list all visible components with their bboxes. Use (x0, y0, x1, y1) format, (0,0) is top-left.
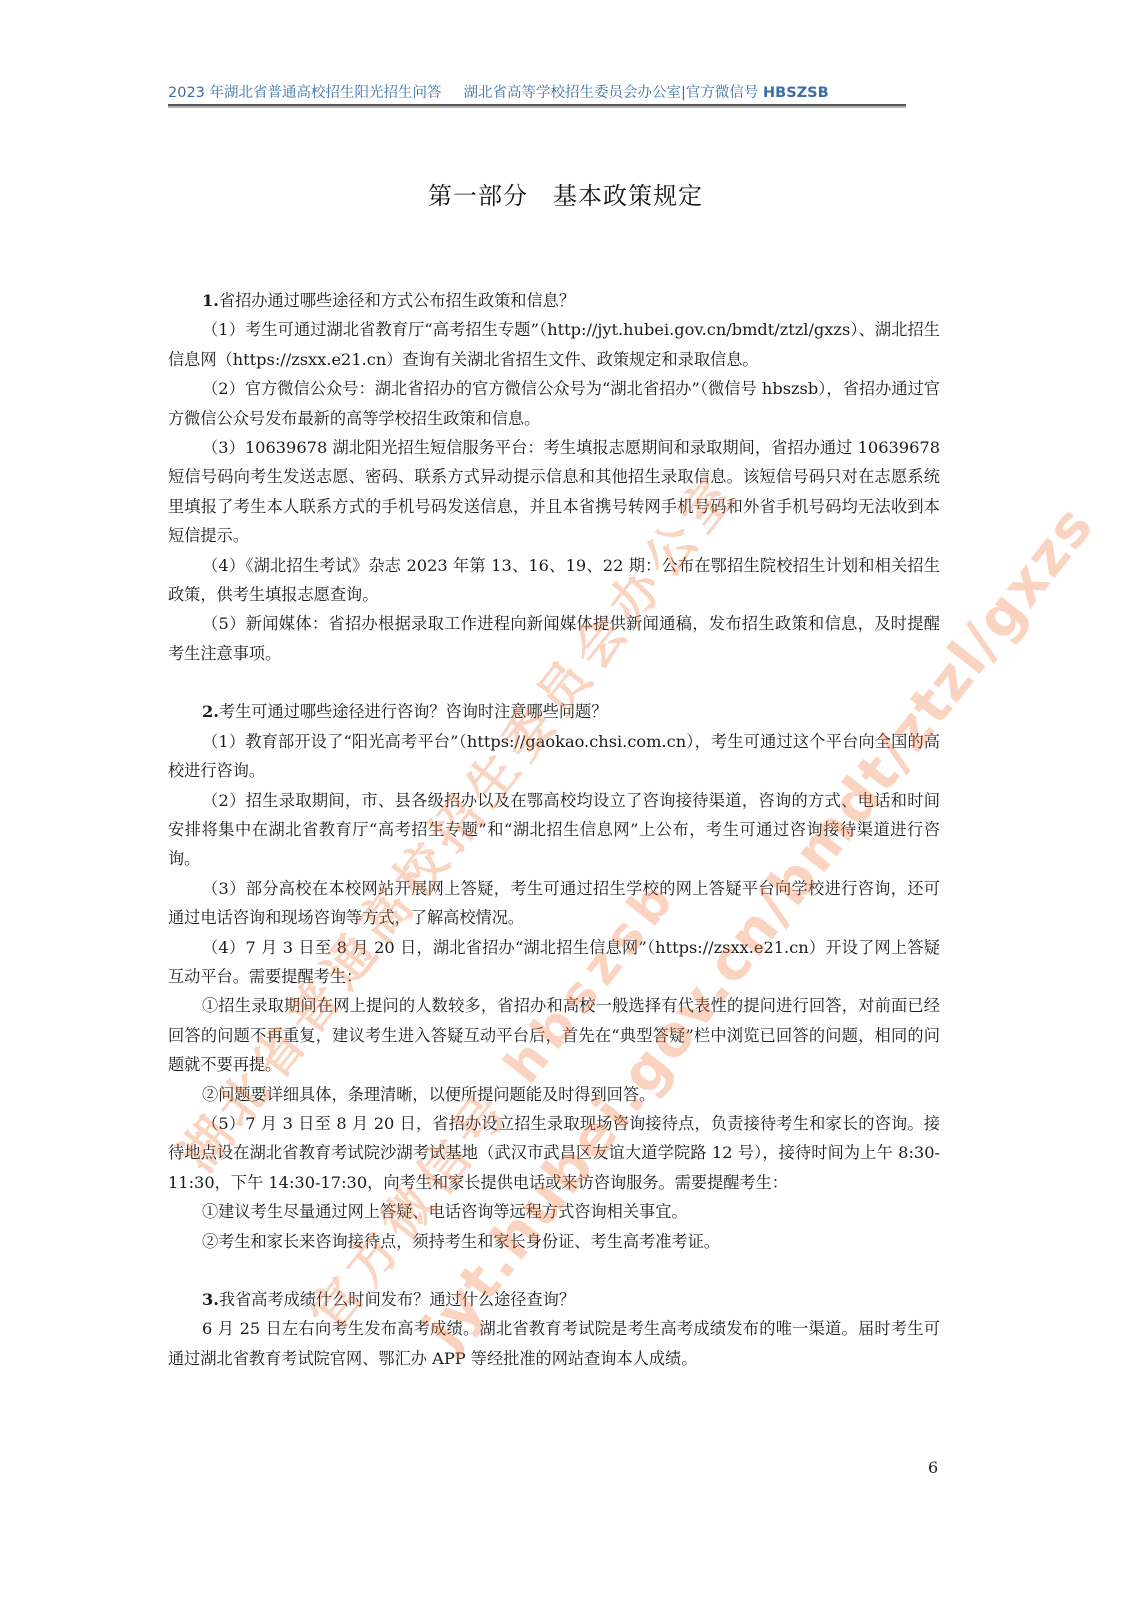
question-number: 3. (202, 1290, 219, 1309)
answer-paragraph: （5）新闻媒体：省招办根据录取工作进程向新闻媒体提供新闻通稿，发布招生政策和信息… (168, 609, 940, 668)
answer-paragraph: （2）招生录取期间，市、县各级招办以及在鄂高校均设立了咨询接待渠道，咨询的方式、… (168, 786, 940, 874)
answer-paragraph: 6 月 25 日左右向考生发布高考成绩。湖北省教育考试院是考生高考成绩发布的唯一… (168, 1314, 940, 1373)
question-number: 2. (202, 702, 219, 721)
answer-paragraph: （1）考生可通过湖北省教育厅“高考招生专题”（http://jyt.hubei.… (168, 315, 940, 374)
answer-paragraph: （3）部分高校在本校网站开展网上答疑，考生可通过招生学校的网上答疑平台向学校进行… (168, 874, 940, 933)
question-heading: 3.我省高考成绩什么时间发布？通过什么途径查询？ (168, 1285, 940, 1314)
part-title: 第一部分 基本政策规定 (0, 176, 1131, 211)
qa-section-3: 3.我省高考成绩什么时间发布？通过什么途径查询？ 6 月 25 日左右向考生发布… (168, 1285, 940, 1373)
answer-paragraph: （1）教育部开设了“阳光高考平台”（https://gaokao.chsi.co… (168, 727, 940, 786)
question-heading: 2.考生可通过哪些途径进行咨询？咨询时注意哪些问题？ (168, 697, 940, 726)
answer-paragraph: （4）《湖北招生考试》杂志 2023 年第 13、16、19、22 期：公布在鄂… (168, 551, 940, 610)
qa-section-1: 1.省招办通过哪些途径和方式公布招生政策和信息？ （1）考生可通过湖北省教育厅“… (168, 286, 940, 668)
header-office-label: 湖北省高等学校招生委员会办公室|官方微信号 (464, 85, 764, 101)
answer-note: ①招生录取期间在网上提问的人数较多，省招办和高校一般选择有代表性的提问进行回答，… (168, 991, 940, 1079)
answer-paragraph: （2）官方微信公众号：湖北省招办的官方微信公众号为“湖北省招办”（微信号 hbs… (168, 374, 940, 433)
answer-paragraph: （3）10639678 湖北阳光招生短信服务平台：考生填报志愿期间和录取期间，省… (168, 433, 940, 551)
page-number: 6 (928, 1458, 938, 1477)
header-office-name: 湖北省高等学校招生委员会办公室|官方微信号 HBSZSB (464, 81, 829, 102)
qa-section-2: 2.考生可通过哪些途径进行咨询？咨询时注意哪些问题？ （1）教育部开设了“阳光高… (168, 697, 940, 1256)
header-document-title: 2023 年湖北省普通高校招生阳光招生问答 (168, 81, 442, 102)
question-number: 1. (202, 291, 219, 310)
answer-paragraph: （4）7 月 3 日至 8 月 20 日，湖北省招办“湖北招生信息网”（http… (168, 933, 940, 992)
question-text: 我省高考成绩什么时间发布？通过什么途径查询？ (219, 1290, 575, 1309)
document-body: 1.省招办通过哪些途径和方式公布招生政策和信息？ （1）考生可通过湖北省教育厅“… (168, 286, 940, 1402)
question-text: 考生可通过哪些途径进行咨询？咨询时注意哪些问题？ (219, 702, 608, 721)
running-header: 2023 年湖北省普通高校招生阳光招生问答 湖北省高等学校招生委员会办公室|官方… (168, 80, 906, 106)
question-text: 省招办通过哪些途径和方式公布招生政策和信息？ (219, 291, 575, 310)
header-wechat-id: HBSZSB (763, 85, 829, 101)
answer-paragraph: （5）7 月 3 日至 8 月 20 日，省招办设立招生录取现场咨询接待点，负责… (168, 1109, 940, 1197)
answer-note: ①建议考生尽量通过网上答疑、电话咨询等远程方式咨询相关事宜。 (168, 1197, 940, 1226)
answer-note: ②问题要详细具体，条理清晰，以便所提问题能及时得到回答。 (168, 1080, 940, 1109)
answer-note: ②考生和家长来咨询接待点，须持考生和家长身份证、考生高考准考证。 (168, 1227, 940, 1256)
question-heading: 1.省招办通过哪些途径和方式公布招生政策和信息？ (168, 286, 940, 315)
